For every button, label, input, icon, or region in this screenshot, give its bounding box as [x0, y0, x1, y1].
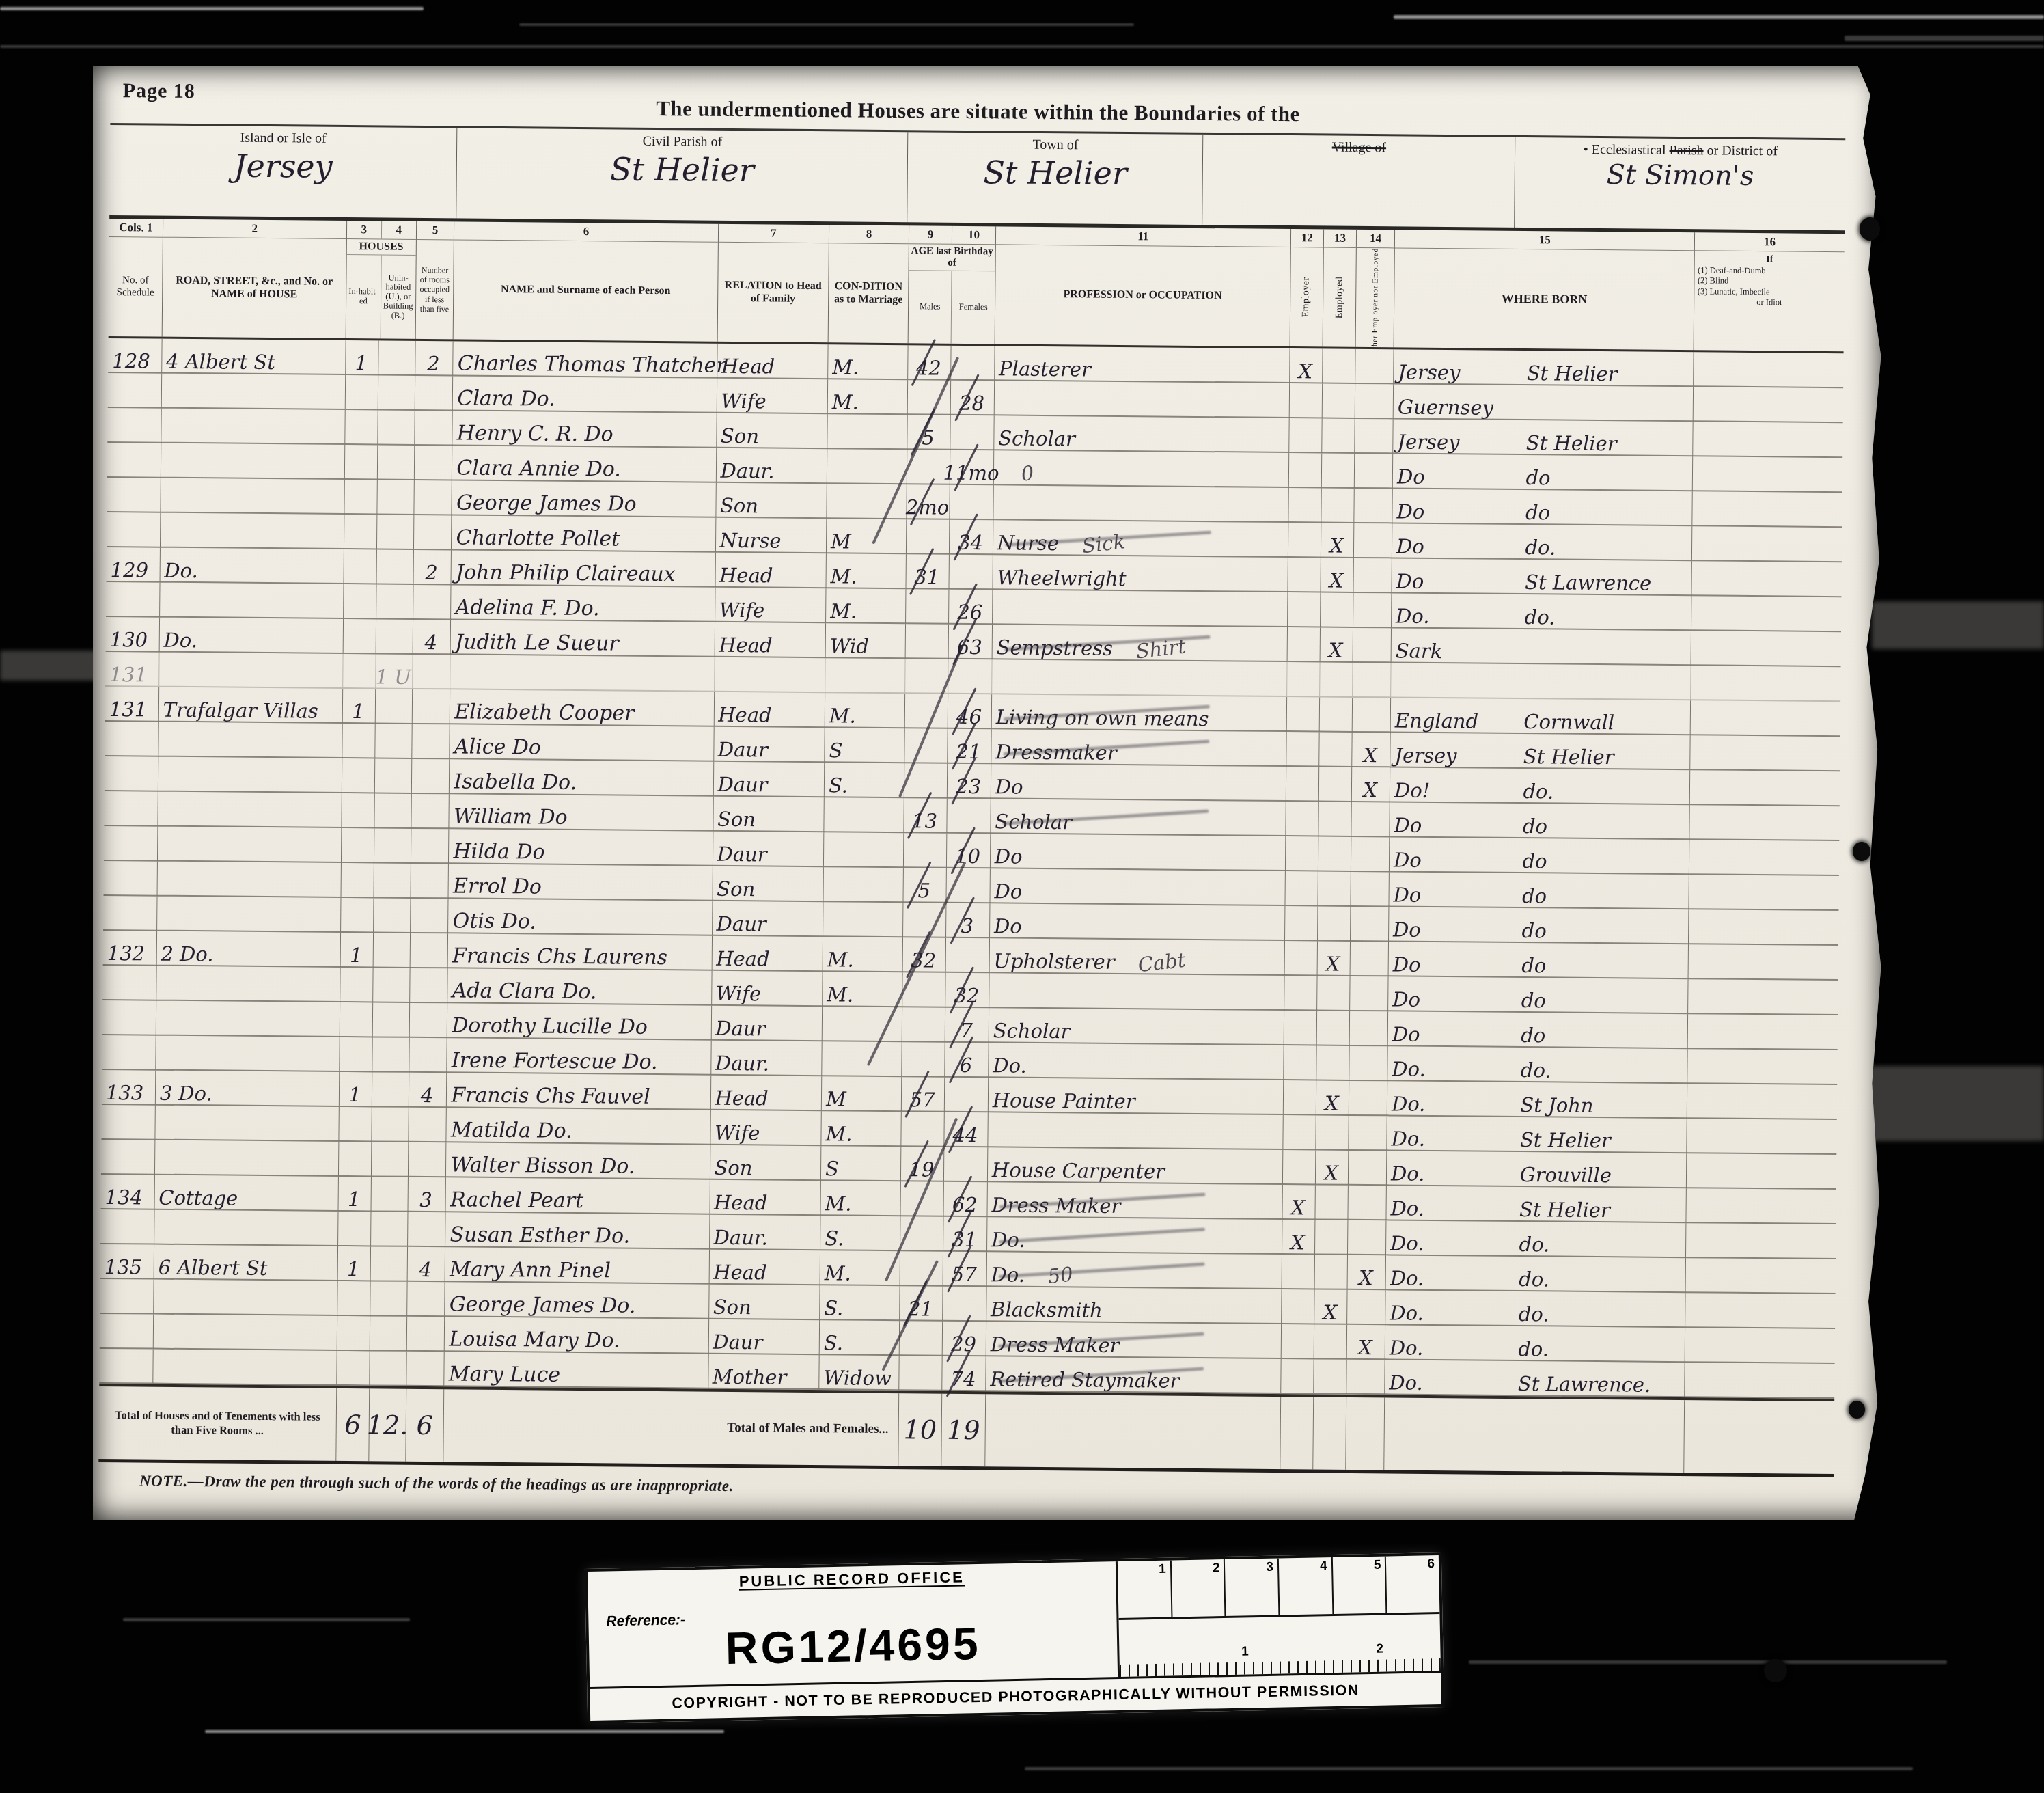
- cell-condition: M.: [828, 344, 908, 380]
- cell-neither: [1349, 1081, 1387, 1116]
- cell-neither: [1351, 942, 1389, 976]
- cell-age-male: [902, 972, 946, 1008]
- cell-schedule: 135: [100, 1244, 154, 1280]
- cell-where-born: Dodo: [1388, 976, 1689, 1014]
- cell-employed: [1323, 383, 1356, 418]
- cell-name: Francis Chs Laurens: [448, 933, 713, 970]
- cell-occupation: [992, 659, 1287, 697]
- cell-relation: Head: [715, 553, 827, 588]
- cell-relation: Son: [717, 413, 828, 449]
- cell-road: [154, 1210, 339, 1246]
- cell-condition: [822, 1041, 902, 1077]
- cell-inhabited: [342, 828, 375, 863]
- cell-employed: X: [1317, 941, 1351, 976]
- cell-condition: S.: [820, 1320, 900, 1356]
- cell-age-male: 31: [906, 554, 950, 590]
- cell-where-born: Dodo: [1393, 454, 1694, 491]
- totals-empty: [1313, 1397, 1346, 1469]
- film-streak: [1394, 15, 2044, 19]
- cell-rooms: [411, 829, 449, 864]
- cell-where-born: Do.Grouville: [1387, 1151, 1687, 1188]
- cell-age-female: 57: [943, 1252, 987, 1287]
- cell-age-female: 11mo: [950, 450, 994, 486]
- cell-road: Trafalgar Villas: [158, 687, 343, 724]
- cell-where-born: Sark: [1392, 628, 1692, 666]
- cell-age-female: 63: [949, 625, 993, 660]
- cell-employer: [1286, 802, 1319, 836]
- cell-uninhabited: [378, 410, 415, 445]
- cell-occupation: Do.: [989, 1043, 1284, 1080]
- cell-relation: Head: [709, 1250, 820, 1285]
- cell-road: [161, 374, 346, 410]
- cell-name: Mary Luce: [445, 1352, 709, 1388]
- cell-infirmity: [1691, 735, 1840, 771]
- civil-parish-value: St Helier: [457, 149, 908, 190]
- cell-employed: X: [1320, 627, 1353, 662]
- cell-where-born: Do.do.: [1385, 1290, 1686, 1328]
- cell-road: [156, 1001, 340, 1037]
- cell-age-female: 34: [950, 520, 993, 556]
- cell-age-male: [900, 1321, 943, 1356]
- cell-inhabited: [343, 654, 376, 689]
- cell-name: William Do: [450, 794, 714, 831]
- cell-employed: X: [1321, 558, 1354, 592]
- cell-employed: [1316, 1045, 1350, 1080]
- cell-name: Francis Chs Fauvel: [447, 1073, 711, 1110]
- cell-infirmity: [1690, 770, 1840, 806]
- cell-occupation: Scholar: [989, 1008, 1284, 1045]
- cell-infirmity: [1686, 1258, 1836, 1294]
- cell-employed: [1314, 1255, 1348, 1289]
- cell-name: John Philip Claireaux: [452, 550, 716, 587]
- cell-relation: Head: [715, 622, 826, 658]
- cell-relation: Head: [714, 692, 825, 728]
- totals-rooms: 6: [406, 1389, 445, 1462]
- cell-where-born: Do.do.: [1386, 1255, 1687, 1293]
- cell-neither: X: [1348, 1255, 1386, 1290]
- cell-where-born: Do.do.: [1392, 593, 1692, 631]
- cell-condition: [823, 1007, 902, 1042]
- cell-where-born: EnglandCornwall: [1391, 698, 1691, 735]
- cell-employer: [1285, 906, 1318, 941]
- cell-infirmity: [1694, 352, 1844, 388]
- cell-occupation: Do.50: [986, 1252, 1282, 1289]
- cell-infirmity: [1689, 979, 1838, 1015]
- cell-uninhabited: [378, 480, 415, 515]
- cell-employer: [1286, 697, 1320, 732]
- cell-inhabited: [338, 1212, 372, 1246]
- cell-infirmity: [1688, 1014, 1838, 1050]
- cell-employer: [1288, 453, 1322, 488]
- footnote: NOTE.—Draw the pen through such of the w…: [139, 1472, 1834, 1505]
- cell-neither: [1350, 1011, 1388, 1046]
- cell-age-male: [901, 1112, 945, 1147]
- cell-name: Mary Ann Pinel: [445, 1247, 710, 1284]
- island-value: Jersey: [110, 146, 456, 186]
- cell-infirmity: [1693, 456, 1842, 493]
- cell-relation: Daur: [713, 901, 824, 937]
- cell-rooms: 2: [415, 341, 454, 376]
- ecclesiastical-value: St Simon's: [1515, 159, 1845, 193]
- cell-condition: S.: [825, 763, 904, 798]
- cell-age-male: [900, 1181, 944, 1217]
- cell-inhabited: [344, 619, 377, 654]
- cell-employed: [1318, 871, 1351, 906]
- cell-schedule: 131: [105, 687, 159, 722]
- cell-schedule: 128: [108, 338, 162, 374]
- pen-smear: [999, 1262, 1204, 1278]
- cell-rooms: [409, 1003, 447, 1038]
- cell-age-female: 44: [945, 1112, 989, 1148]
- cell-road: [157, 896, 342, 933]
- cell-uninhabited: [373, 968, 410, 1002]
- cell-condition: [824, 867, 904, 903]
- cell-occupation: UpholstererCabt: [989, 938, 1284, 976]
- cell-uninhabited: [371, 1246, 408, 1281]
- cell-where-born: Dodo: [1388, 1011, 1689, 1049]
- cell-where-born: Do.do.: [1387, 1046, 1688, 1084]
- cell-inhabited: 1: [343, 689, 376, 724]
- cell-age-male: [908, 380, 952, 415]
- film-streak: [1872, 601, 2044, 649]
- cell-neither: [1355, 384, 1394, 419]
- cell-age-male: [905, 694, 949, 729]
- ruler-top-scale: 12 34 56: [1118, 1555, 1440, 1620]
- cell-name: Isabella Do.: [450, 759, 714, 796]
- cell-occupation: Dressmaker: [991, 729, 1286, 767]
- civil-parish-cell: Civil Parish of St Helier: [456, 128, 909, 222]
- cell-relation: Son: [710, 1145, 821, 1181]
- cell-rooms: [411, 794, 450, 829]
- cell-relation: Daur: [713, 832, 824, 867]
- cell-rooms: [414, 480, 452, 515]
- cell-condition: M.: [820, 1250, 900, 1286]
- cell-employed: [1321, 592, 1354, 627]
- village-label: Village of: [1203, 135, 1515, 157]
- cell-rooms: 4: [409, 1073, 447, 1108]
- film-streak: [1469, 1660, 1947, 1664]
- cell-employed: [1321, 488, 1355, 523]
- cell-age-female: 46: [948, 694, 992, 730]
- cell-uninhabited: [374, 863, 411, 898]
- cell-inhabited: [340, 1037, 373, 1072]
- cell-name: George James Do: [452, 480, 717, 517]
- punch-hole: [1764, 1659, 1787, 1682]
- cell-relation: Daur: [713, 762, 825, 797]
- cell-name: Clara Do.: [453, 376, 717, 413]
- cell-where-born: Do.St Helier: [1386, 1186, 1687, 1223]
- cell-employer: [1287, 662, 1321, 697]
- cell-employer: [1288, 488, 1322, 523]
- cell-name: Hilda Do: [449, 829, 713, 866]
- cell-employer: [1286, 732, 1320, 767]
- cell-name: Dorothy Lucille Do: [447, 1003, 712, 1040]
- cell-name: George James Do.: [445, 1282, 710, 1319]
- cell-condition: Widow: [819, 1355, 899, 1391]
- cell-occupation: Scholar: [991, 799, 1286, 836]
- cell-rooms: [413, 585, 452, 620]
- cell-rooms: [411, 899, 449, 933]
- cell-employer: [1284, 1045, 1317, 1080]
- cell-employer: [1285, 871, 1318, 906]
- cell-name: Susan Esther Do.: [445, 1212, 710, 1249]
- cell-occupation: House Carpenter: [988, 1147, 1283, 1185]
- cell-occupation: [995, 381, 1290, 418]
- col-neither-header: 14 Neither Employer nor Employed: [1356, 230, 1395, 347]
- cell-infirmity: [1686, 1293, 1836, 1329]
- cell-where-born: Do.St John: [1387, 1081, 1688, 1119]
- cell-age-male: [902, 1042, 945, 1078]
- pro-reference-stamp: PUBLIC RECORD OFFICE Reference:- RG12/46…: [585, 1552, 1444, 1723]
- cell-name: Rachel Peart: [446, 1177, 710, 1214]
- cell-age-female: [950, 485, 994, 521]
- cell-road: 3 Do.: [156, 1071, 340, 1107]
- cell-neither: [1351, 907, 1389, 942]
- cell-relation: Wife: [712, 971, 823, 1007]
- cell-employed: X: [1321, 523, 1355, 558]
- cell-road: [161, 478, 345, 515]
- cell-schedule: [107, 443, 161, 478]
- cell-employed: [1322, 418, 1355, 453]
- cell-schedule: [105, 722, 158, 757]
- totals-empty: [1685, 1400, 1834, 1474]
- cell-schedule: [100, 1314, 154, 1350]
- cell-inhabited: 1: [338, 1177, 372, 1212]
- cell-condition: S: [825, 728, 904, 763]
- cell-uninhabited: [372, 1037, 409, 1072]
- cell-condition: [827, 414, 907, 450]
- col-age-header: 910 AGE last Birthday of MalesFemales: [908, 225, 995, 344]
- cell-employed: [1315, 1185, 1349, 1220]
- cell-age-male: [904, 763, 948, 799]
- cell-inhabited: [341, 863, 374, 898]
- cell-occupation: [993, 590, 1288, 627]
- cell-age-male: [904, 833, 948, 868]
- cell-age-female: [950, 555, 993, 590]
- cell-schedule: [99, 1349, 153, 1384]
- totals-empty: [1280, 1397, 1314, 1469]
- cell-condition: [823, 902, 903, 937]
- col-employed-header: 13Employed: [1323, 230, 1357, 347]
- cell-where-born: JerseySt Helier: [1390, 733, 1691, 770]
- cell-employed: [1316, 1115, 1349, 1150]
- cell-road: [161, 409, 346, 445]
- cell-schedule: [102, 966, 156, 1001]
- cell-inhabited: [337, 1351, 370, 1386]
- cell-condition: Wid: [826, 623, 906, 659]
- film-streak: [1865, 1066, 2044, 1141]
- cell-relation: Daur: [708, 1319, 820, 1355]
- cell-road: Do.: [159, 618, 344, 654]
- cell-age-male: [900, 1216, 944, 1252]
- cell-road: [153, 1350, 337, 1386]
- col-condition-header: 8CON-DITION as to Marriage: [829, 225, 909, 343]
- cell-relation: Head: [710, 1076, 822, 1111]
- cell-neither: [1355, 419, 1393, 454]
- cell-employed: X: [1316, 1080, 1350, 1115]
- cell-where-born: Dodo.: [1392, 523, 1693, 561]
- cell-road: 6 Albert St: [154, 1245, 338, 1281]
- cell-inhabited: [344, 584, 377, 619]
- col-relation-header: 7RELATION to Head of Family: [717, 224, 829, 342]
- cell-employer: [1286, 767, 1319, 802]
- cell-employer: [1289, 383, 1323, 418]
- cell-condition: M.: [828, 379, 908, 415]
- cell-uninhabited: [370, 1281, 407, 1316]
- cell-neither: [1355, 489, 1393, 523]
- cell-age-male: 21: [900, 1286, 943, 1322]
- cell-employed: [1323, 349, 1356, 384]
- cell-schedule: [102, 1035, 156, 1071]
- cell-employer: [1283, 1080, 1316, 1115]
- cell-condition: [824, 797, 904, 833]
- cell-rooms: [410, 968, 448, 1003]
- cell-neither: [1347, 1290, 1385, 1325]
- cell-inhabited: 1: [340, 1072, 373, 1107]
- cell-occupation: NurseSick: [993, 520, 1288, 558]
- cell-rooms: [406, 1317, 445, 1352]
- cell-infirmity: [1691, 631, 1841, 667]
- cell-relation: Daur: [711, 1006, 823, 1041]
- cell-rooms: 2: [413, 550, 452, 585]
- cell-inhabited: [346, 375, 379, 410]
- cell-inhabited: [344, 480, 378, 515]
- cell-employed: [1317, 976, 1351, 1011]
- cell-name: Clara Annie Do.: [452, 446, 717, 482]
- cell-condition: M.: [825, 693, 905, 728]
- cell-road: [157, 862, 342, 898]
- cell-age-female: 3: [946, 903, 990, 939]
- cell-infirmity: [1693, 491, 1842, 528]
- cell-employer: X: [1282, 1185, 1316, 1220]
- cell-inhabited: 1: [341, 933, 374, 968]
- cell-where-born: Do.St Lawrence.: [1385, 1360, 1685, 1397]
- cell-infirmity: [1694, 387, 1843, 423]
- film-streak: [0, 45, 2044, 48]
- cell-schedule: 134: [101, 1175, 155, 1210]
- cell-infirmity: [1685, 1328, 1835, 1364]
- cell-occupation: Wheelwright: [993, 555, 1288, 592]
- cell-employed: [1322, 453, 1355, 488]
- cell-employer: X: [1290, 348, 1323, 383]
- cell-neither: [1353, 593, 1392, 628]
- cell-uninhabited: [377, 515, 414, 549]
- cell-uninhabited: [376, 724, 413, 758]
- cell-age-male: 57: [902, 1077, 945, 1112]
- cell-schedule: [102, 1000, 156, 1036]
- cell-rooms: [411, 759, 450, 794]
- cell-uninhabited: [374, 828, 411, 863]
- cell-relation: Mother: [708, 1354, 820, 1390]
- cell-infirmity: [1691, 666, 1841, 702]
- cell-condition: [827, 484, 907, 519]
- cell-occupation: [993, 485, 1288, 523]
- ecclesiastical-label: • Ecclesiastical Parish or District of: [1515, 137, 1845, 160]
- col-occupation-header: 11PROFESSION or OCCUPATION: [995, 226, 1290, 346]
- cell-road: [155, 1106, 340, 1142]
- cell-inhabited: [345, 410, 378, 445]
- cell-occupation: Do: [991, 764, 1286, 802]
- totals-empty: [1384, 1397, 1685, 1473]
- cell-employed: [1314, 1359, 1347, 1394]
- cell-occupation: 0: [994, 450, 1289, 488]
- cell-infirmity: [1692, 526, 1842, 562]
- cell-uninhabited: [375, 758, 412, 793]
- cell-neither: [1353, 663, 1391, 698]
- cell-employed: [1317, 1011, 1351, 1045]
- admin-header: Island or Isle of Jersey Civil Parish of…: [109, 125, 1845, 234]
- cell-where-born: DoSt Lawrence: [1392, 558, 1693, 596]
- cell-age-female: 6: [945, 1043, 989, 1078]
- cell-name: [451, 655, 715, 692]
- cell-occupation: [988, 1112, 1283, 1150]
- cell-age-female: [947, 868, 991, 904]
- cell-where-born: Dodo: [1389, 942, 1689, 979]
- column-headers: Cols. 1No. of Schedule 2ROAD, STREET, &c…: [109, 219, 1845, 353]
- cell-schedule: 132: [103, 931, 157, 966]
- census-rows: 1284 Albert St12Charles Thomas ThatcherH…: [99, 338, 1843, 1401]
- film-streak: [519, 23, 1134, 26]
- cell-age-female: [943, 1287, 987, 1322]
- cell-uninhabited: [372, 1177, 409, 1212]
- cell-employed: [1314, 1324, 1348, 1359]
- cell-rooms: [409, 1038, 447, 1073]
- cell-name: Ada Clara Do.: [448, 968, 713, 1005]
- cell-name: Errol Do: [449, 864, 713, 901]
- totals-males: 10: [898, 1393, 942, 1466]
- cell-age-female: 31: [943, 1217, 987, 1253]
- cell-rooms: [413, 515, 452, 550]
- cell-condition: M.: [821, 1181, 901, 1216]
- cell-uninhabited: [375, 793, 412, 828]
- cell-condition: M: [827, 519, 907, 554]
- cell-where-born: Do.St Helier: [1387, 1116, 1687, 1153]
- cell-schedule: [100, 1209, 154, 1245]
- cell-rooms: [412, 724, 450, 759]
- punch-hole: [1860, 217, 1880, 241]
- cell-where-born: Dodo: [1392, 489, 1693, 526]
- cell-relation: Wife: [717, 379, 828, 414]
- cell-schedule: [106, 582, 160, 618]
- cell-employer: [1284, 976, 1318, 1011]
- cell-infirmity: [1687, 1084, 1837, 1120]
- cell-occupation: Do: [990, 903, 1285, 941]
- cell-age-male: [902, 1007, 946, 1043]
- cell-employer: [1289, 418, 1323, 453]
- cell-employer: [1288, 523, 1322, 558]
- cell-age-male: 19: [901, 1147, 945, 1182]
- cell-condition: S: [821, 1146, 901, 1181]
- cell-neither: X: [1352, 733, 1390, 767]
- cell-inhabited: [340, 968, 374, 1002]
- totals-inhabited: 6: [336, 1388, 370, 1461]
- cell-neither: [1353, 698, 1391, 733]
- cell-employed: [1315, 1220, 1349, 1255]
- cell-infirmity: [1687, 1119, 1837, 1155]
- civil-parish-label: Civil Parish of: [457, 128, 908, 152]
- cell-rooms: [406, 1352, 445, 1386]
- totals-females: 19: [942, 1394, 986, 1467]
- cell-occupation: SempstressShirt: [992, 625, 1287, 662]
- cell-condition: M: [822, 1076, 902, 1112]
- cell-age-male: [904, 728, 948, 764]
- cell-road: [160, 583, 344, 619]
- cell-employer: [1283, 1150, 1316, 1185]
- totals-empty: [1346, 1397, 1385, 1470]
- cell-rooms: [414, 446, 452, 480]
- cell-age-male: 5: [903, 868, 947, 903]
- cell-relation: Son: [713, 866, 824, 902]
